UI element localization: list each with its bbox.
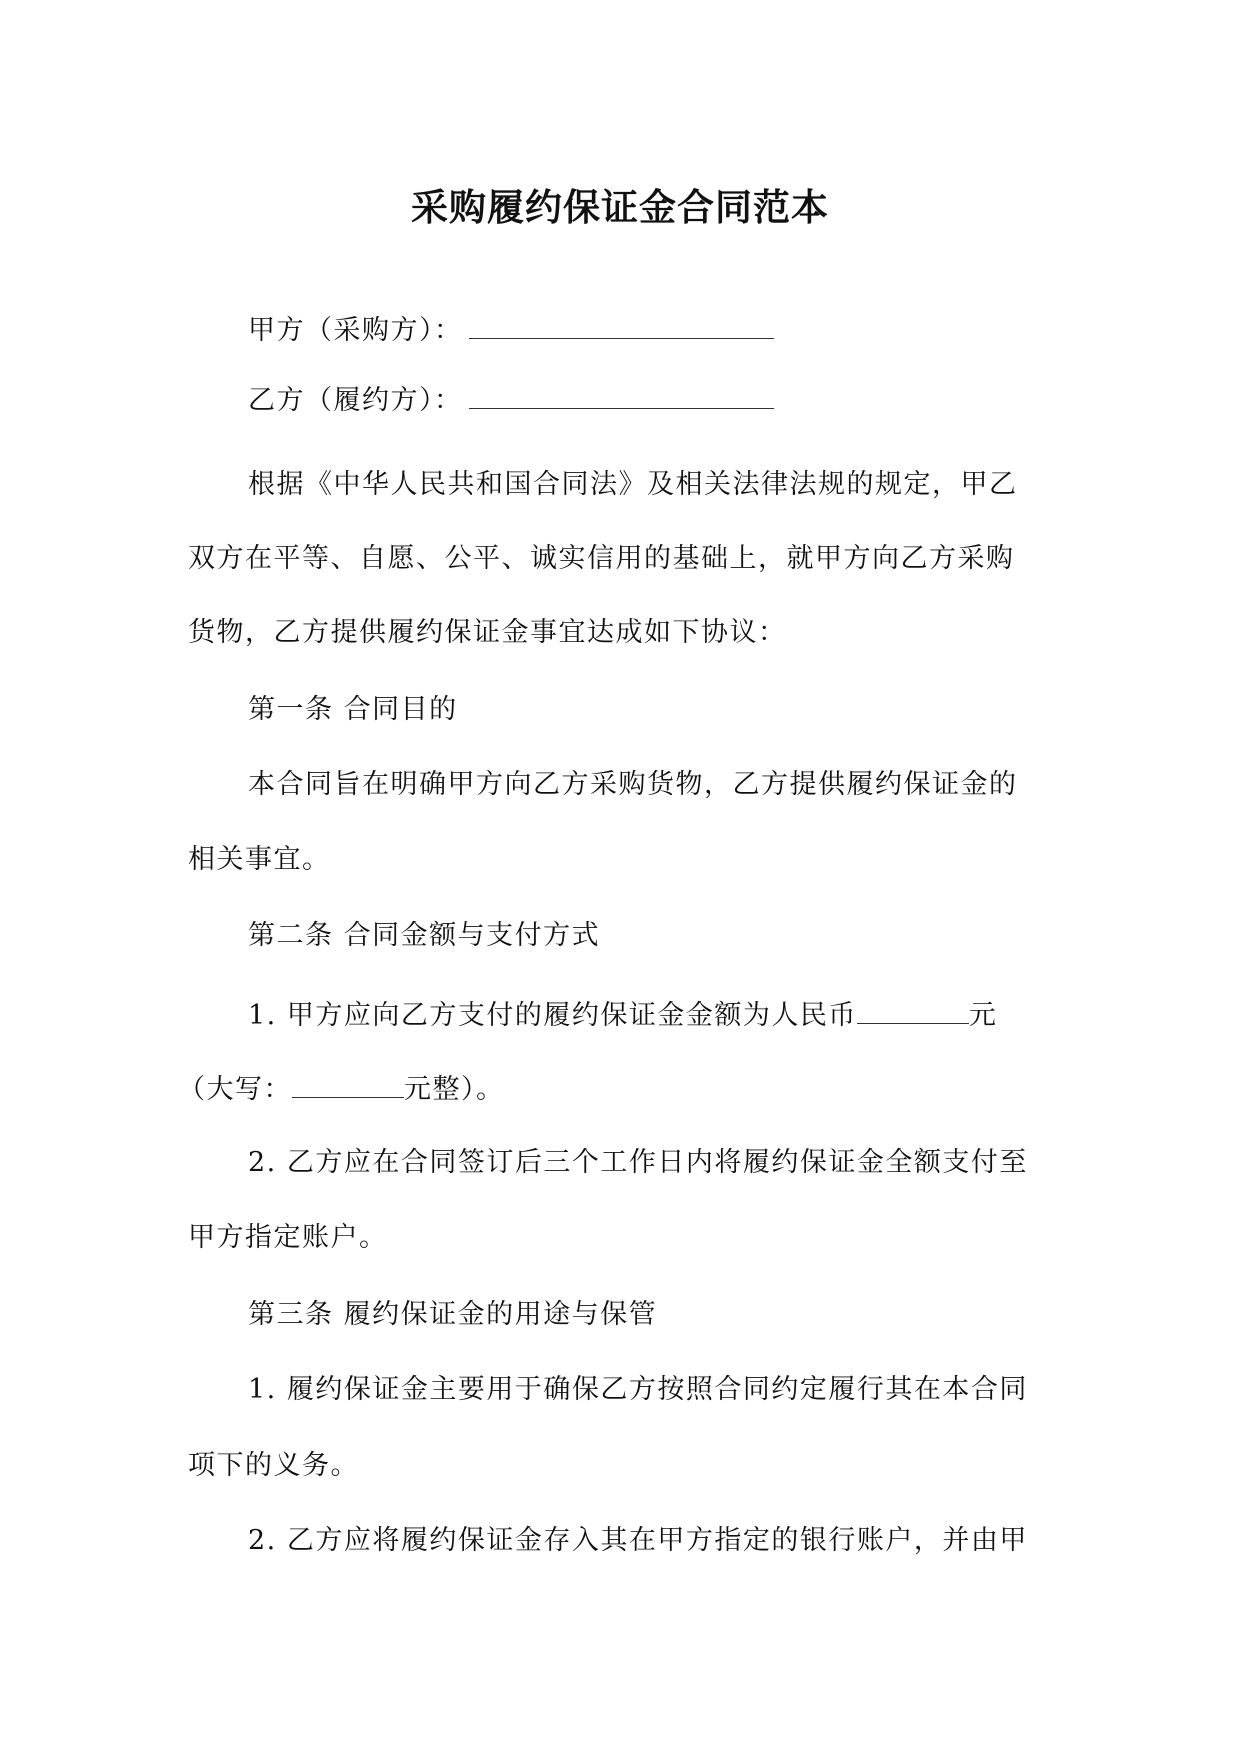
party-b-blank-field[interactable] bbox=[469, 378, 774, 409]
article-2-item-1-line-2: （大写：元整）。 bbox=[178, 1067, 505, 1110]
article-3-heading: 第三条 履约保证金的用途与保管 bbox=[248, 1295, 657, 1335]
party-b-line: 乙方（履约方）： bbox=[248, 378, 774, 421]
party-a-blank-field[interactable] bbox=[469, 308, 774, 339]
preamble-line-1: 根据《中华人民共和国合同法》及相关法律法规的规定，甲乙 bbox=[248, 465, 1018, 505]
currency-unit: 元 bbox=[969, 1000, 998, 1031]
preamble-line-3: 货物，乙方提供履约保证金事宜达成如下协议： bbox=[188, 613, 787, 653]
party-a-line: 甲方（采购方）： bbox=[248, 308, 774, 351]
party-b-label: 乙方（履约方）： bbox=[248, 385, 463, 416]
article-3-item-1-line-1: 1. 履约保证金主要用于确保乙方按照合同约定履行其在本合同 bbox=[248, 1370, 1028, 1410]
article-1-line-2: 相关事宜。 bbox=[188, 840, 331, 880]
document-title: 采购履约保证金合同范本 bbox=[0, 183, 1240, 233]
document-page: 采购履约保证金合同范本 甲方（采购方）： 乙方（履约方）： 根据《中华人民共和国… bbox=[0, 0, 1240, 1753]
article-2-heading: 第二条 合同金额与支付方式 bbox=[248, 916, 600, 956]
amount-in-words-label: （大写： bbox=[178, 1074, 292, 1105]
amount-blank-field[interactable] bbox=[857, 993, 969, 1024]
article-2-item-1-text: 1. 甲方应向乙方支付的履约保证金金额为人民币 bbox=[248, 1000, 857, 1031]
article-2-item-1-line-1: 1. 甲方应向乙方支付的履约保证金金额为人民币元 bbox=[248, 993, 997, 1036]
amount-in-words-suffix: 元整）。 bbox=[404, 1074, 505, 1105]
party-a-label: 甲方（采购方）： bbox=[248, 315, 463, 346]
amount-in-words-blank-field[interactable] bbox=[292, 1067, 404, 1098]
article-1-line-1: 本合同旨在明确甲方向乙方采购货物，乙方提供履约保证金的 bbox=[248, 765, 1018, 805]
article-2-item-2-line-1: 2. 乙方应在合同签订后三个工作日内将履约保证金全额支付至 bbox=[248, 1143, 1028, 1183]
article-1-heading: 第一条 合同目的 bbox=[248, 690, 458, 730]
article-3-item-1-line-2: 项下的义务。 bbox=[188, 1446, 359, 1486]
article-2-item-2-line-2: 甲方指定账户。 bbox=[188, 1218, 388, 1258]
article-3-item-2-line-1: 2. 乙方应将履约保证金存入其在甲方指定的银行账户，并由甲 bbox=[248, 1521, 1028, 1561]
preamble-line-2: 双方在平等、自愿、公平、诚实信用的基础上，就甲方向乙方采购 bbox=[188, 539, 1015, 579]
